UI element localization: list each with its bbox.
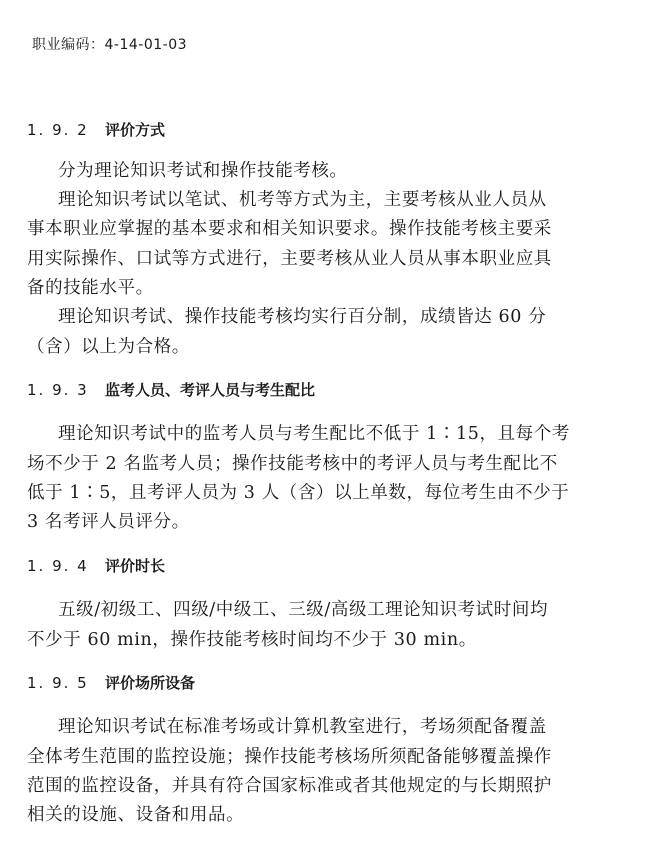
paragraph-line: 低于 1∶5，且考评人员为 3 人（含）以上单数，每位考生由不少于 xyxy=(27,479,627,504)
section-heading-1-9-3: 1. 9. 3监考人员、考评人员与考生配比 xyxy=(27,379,315,400)
section-title: 评价方式 xyxy=(105,121,165,139)
occupation-code: 职业编码：4-14-01-03 xyxy=(32,34,187,54)
paragraph-line: 不少于 60 min，操作技能考核时间均不少于 30 min。 xyxy=(27,626,627,651)
section-heading-1-9-5: 1. 9. 5评价场所设备 xyxy=(27,672,195,693)
section-number: 1. 9. 3 xyxy=(27,381,105,399)
section-title: 评价场所设备 xyxy=(105,674,195,692)
section-number: 1. 9. 4 xyxy=(27,557,105,575)
paragraph-line: 分为理论知识考试和操作技能考核。 xyxy=(58,157,646,182)
paragraph-line: 相关的设施、设备和用品。 xyxy=(27,801,627,826)
section-heading-1-9-4: 1. 9. 4评价时长 xyxy=(27,555,165,576)
section-number: 1. 9. 2 xyxy=(27,121,105,139)
paragraph-line: 事本职业应掌握的基本要求和相关知识要求。操作技能考核主要采 xyxy=(27,215,627,240)
paragraph-line: 理论知识考试以笔试、机考等方式为主，主要考核从业人员从 xyxy=(58,186,646,211)
section-number: 1. 9. 5 xyxy=(27,674,105,692)
paragraph-line: 3 名考评人员评分。 xyxy=(27,508,627,533)
section-title: 评价时长 xyxy=(105,557,165,575)
paragraph-line: 理论知识考试中的监考人员与考生配比不低于 1∶15，且每个考 xyxy=(58,420,646,445)
paragraph-line: 五级/初级工、四级/中级工、三级/高级工理论知识考试时间均 xyxy=(58,596,646,621)
paragraph-line: 场不少于 2 名监考人员；操作技能考核中的考评人员与考生配比不 xyxy=(27,450,627,475)
paragraph-line: 理论知识考试、操作技能考核均实行百分制，成绩皆达 60 分 xyxy=(58,303,646,328)
section-title: 监考人员、考评人员与考生配比 xyxy=(105,381,315,399)
section-heading-1-9-2: 1. 9. 2评价方式 xyxy=(27,119,165,140)
paragraph-line: 全体考生范围的监控设施；操作技能考核场所须配备能够覆盖操作 xyxy=(27,743,627,768)
paragraph-line: 范围的监控设备，并具有符合国家标准或者其他规定的与长期照护 xyxy=(27,772,627,797)
paragraph-line: 理论知识考试在标准考场或计算机教室进行，考场须配备覆盖 xyxy=(58,713,646,738)
paragraph-line: 备的技能水平。 xyxy=(27,274,627,299)
paragraph-line: （含）以上为合格。 xyxy=(27,333,627,358)
paragraph-line: 用实际操作、口试等方式进行，主要考核从业人员从事本职业应具 xyxy=(27,245,627,270)
